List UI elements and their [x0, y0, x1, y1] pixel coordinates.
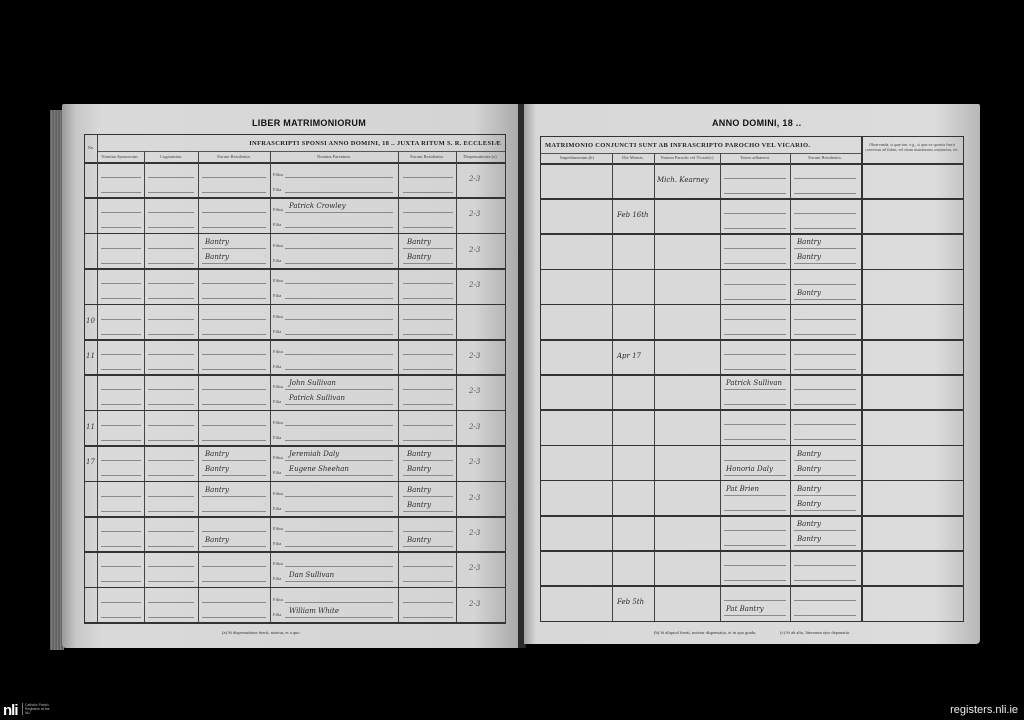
dispensation: 2-3 [469, 175, 480, 183]
filius-label: Filius [273, 278, 283, 283]
filius-label: Filius [273, 349, 283, 354]
filius-label: Filius [273, 384, 283, 389]
father-name: John Sullivan [289, 379, 336, 387]
witness-2: Pat Bantry [726, 605, 764, 613]
dispensation: 2-3 [469, 600, 480, 608]
father-name: Patrick Crowley [289, 202, 346, 210]
site-url[interactable]: registers.nli.ie [950, 704, 1018, 716]
priest-name: Mich. Kearney [657, 176, 709, 184]
mother-name: William White [289, 607, 339, 615]
witness-2-residence: Bantry [797, 465, 821, 473]
col-residentia: Eorum Residentia. [199, 154, 269, 159]
col-impedimentum: Impedimentum.(b) [543, 155, 611, 160]
left-page: LIBER MATRIMONIORUM INFRASCRIPTI SPONSI … [62, 104, 520, 648]
right-footnote-b: (b) Si aliquod fuerit, notetur dispensat… [654, 630, 756, 635]
bride-residence: Bantry [205, 465, 229, 473]
filius-label: Filius [273, 561, 283, 566]
father-name: Jeremiah Daly [289, 450, 339, 458]
witness-1-residence: Bantry [797, 520, 821, 528]
col-die-mensis: Die Mensis. [613, 155, 653, 160]
nli-logo: nli [3, 702, 18, 719]
filius-label: Filius [273, 491, 283, 496]
dispensation: 2-3 [469, 281, 480, 289]
dispensation: 2-3 [469, 352, 480, 360]
dispensation: 2-3 [469, 529, 480, 537]
col-parochus: Nomen Parochi vel Vicarii(c) [655, 155, 719, 160]
right-page-title: ANNO DOMINI, 18 .. [712, 118, 801, 128]
filia-label: Filia [273, 435, 281, 440]
father-residence: Bantry [407, 486, 431, 494]
witness-2-residence: Bantry [797, 535, 821, 543]
col-dispensationes: Dispensationes.(a) [457, 154, 503, 159]
left-header-band: INFRASCRIPTI SPONSI ANNO DOMINI, 18 .. J… [249, 140, 501, 147]
groom-residence: Bantry [205, 450, 229, 458]
dispensation: 2-3 [469, 423, 480, 431]
filia-label: Filia [273, 612, 281, 617]
marriage-date: Feb 5th [617, 598, 644, 606]
entry-number: 10 [86, 317, 95, 325]
witness-2: Honoria Daly [726, 465, 773, 473]
filius-label: Filius [273, 420, 283, 425]
filia-label: Filia [273, 258, 281, 263]
witness-1: Pat Brien [726, 485, 759, 493]
nli-logo-subtitle: Catholic Parish Registers at the NLI [22, 703, 55, 715]
filia-label: Filia [273, 293, 281, 298]
witness-1-residence: Bantry [797, 238, 821, 246]
entry-number: 17 [86, 458, 95, 466]
bride-residence: Bantry [205, 253, 229, 261]
filius-label: Filius [273, 172, 283, 177]
filius-label: Filius [273, 243, 283, 248]
left-footnote: (a) Si dispensatione fuerit, notetur, et… [222, 630, 300, 635]
witness-2-residence: Bantry [797, 289, 821, 297]
filia-label: Filia [273, 329, 281, 334]
dispensation: 2-3 [469, 494, 480, 502]
mother-name: Dan Sullivan [289, 571, 334, 579]
filius-label: Filius [273, 314, 283, 319]
father-residence: Bantry [407, 238, 431, 246]
mother-name: Patrick Sullivan [289, 394, 345, 402]
filius-label: Filius [273, 597, 283, 602]
dispensation: 2-3 [469, 387, 480, 395]
filius-label: Filius [273, 455, 283, 460]
filius-label: Filius [273, 526, 283, 531]
mother-name: Eugene Sheehan [289, 465, 349, 473]
right-register-table: MATRIMONIO CONJUNCTI SUNT AB INFRASCRIPT… [540, 136, 964, 622]
col-testes-residentia: Eorum Residentia. [791, 155, 859, 160]
filius-label: Filius [273, 207, 283, 212]
dispensation: 2-3 [469, 564, 480, 572]
col-testes: Testes adhærent. [721, 155, 789, 160]
filia-label: Filia [273, 399, 281, 404]
entry-number: 11 [86, 352, 95, 360]
filia-label: Filia [273, 222, 281, 227]
right-page: ANNO DOMINI, 18 .. MATRIMONIO CONJUNCTI … [524, 104, 980, 644]
groom-residence: Bantry [205, 486, 229, 494]
col-cognomina: Cognomina. [145, 154, 197, 159]
dispensation: 2-3 [469, 210, 480, 218]
col-parentum: Nomina Parentum. [271, 154, 397, 159]
mother-residence: Bantry [407, 253, 431, 261]
marriage-date: Feb 16th [617, 211, 649, 219]
right-header-band: MATRIMONIO CONJUNCTI SUNT AB INFRASCRIPT… [545, 142, 810, 149]
entry-number: 11 [86, 423, 95, 431]
filia-label: Filia [273, 541, 281, 546]
father-residence: Bantry [407, 450, 431, 458]
col-parentum-residentia: Eorum Residentia. [399, 154, 455, 159]
bride-residence: Bantry [205, 536, 229, 544]
right-footnote-c: (c) Si ab alio, literarum ejus deponatio… [780, 630, 850, 635]
col-observanda: Observanda, si quæ sint: e.g., si quis e… [863, 142, 961, 152]
col-sponsi: Nomina Sponsorum. [97, 154, 143, 159]
witness-2-residence: Bantry [797, 500, 821, 508]
dispensation: 2-3 [469, 458, 480, 466]
dispensation: 2-3 [469, 246, 480, 254]
mother-residence: Bantry [407, 501, 431, 509]
witness-1-residence: Bantry [797, 485, 821, 493]
filia-label: Filia [273, 187, 281, 192]
filia-label: Filia [273, 364, 281, 369]
groom-residence: Bantry [205, 238, 229, 246]
mother-residence: Bantry [407, 465, 431, 473]
left-register-table: INFRASCRIPTI SPONSI ANNO DOMINI, 18 .. J… [84, 134, 506, 624]
filia-label: Filia [273, 576, 281, 581]
witness-2-residence: Bantry [797, 253, 821, 261]
mother-residence: Bantry [407, 536, 431, 544]
filia-label: Filia [273, 470, 281, 475]
witness-1-residence: Bantry [797, 450, 821, 458]
marriage-date: Apr 17 [617, 352, 641, 360]
left-page-title: LIBER MATRIMONIORUM [252, 118, 366, 128]
filia-label: Filia [273, 506, 281, 511]
col-no: No. [86, 145, 96, 150]
witness-1: Patrick Sullivan [726, 379, 782, 387]
